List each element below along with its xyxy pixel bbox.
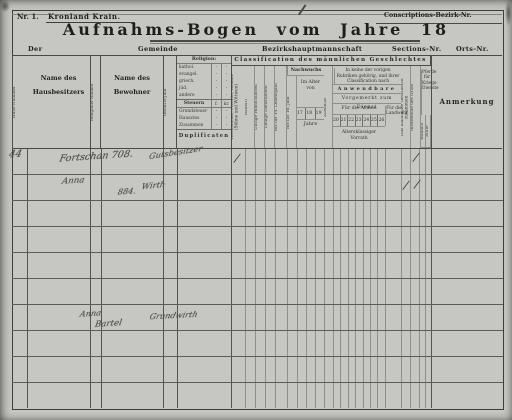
landwehr-label: Für die Landwehr [385, 106, 402, 126]
value-dash: - [221, 64, 231, 71]
value-dash: - [211, 92, 221, 99]
value-dash: - [221, 115, 231, 122]
class-col-dienstboten: Ledige Dienstboten [265, 66, 275, 148]
year-18: 18 [305, 108, 314, 119]
year-26: 26 [377, 115, 385, 126]
year-25: 25 [370, 115, 378, 126]
scan-blemish [0, 0, 10, 12]
armee-label: Für die Armee [333, 104, 385, 115]
value-dash: - [221, 108, 231, 115]
vorgemerkt-label: Vorgemerkt zum Dienst [333, 94, 401, 104]
classification-title: Classification des männlichen Geschlecht… [231, 56, 431, 66]
year-24: 24 [362, 115, 370, 126]
religion-row: kathol. [177, 64, 211, 71]
col-birthyear-label: Geburts-Jahr [163, 56, 177, 148]
handwritten-house-number: 44 [8, 149, 23, 161]
value-dash: - [211, 78, 221, 85]
summary-tax-title: Steuern [177, 100, 211, 107]
im-alter-von-label: Im Alter von [297, 80, 324, 91]
scanned-conscription-form: Nr. 1. Kronland Krain. Conscriptions-Bez… [0, 0, 512, 420]
tax-row: Hauszins [177, 115, 211, 122]
year-17: 17 [297, 108, 305, 119]
col-religion-label: Religions-Namen [90, 56, 101, 148]
col-owner-label: Name des Hausbesitzers [27, 72, 90, 99]
class-col-bauern: Bauern [245, 66, 255, 148]
orts-number-label: Orts-Nr. [456, 45, 489, 53]
year-21: 21 [340, 115, 348, 126]
religion-row: evangel. [177, 71, 211, 78]
tax-col-florin: f. [211, 100, 221, 107]
class-col-honoratioren: Übrige Honoratioren [255, 66, 265, 148]
tax-col-kreuzer: kr. [221, 100, 231, 107]
value-dash: - [211, 85, 221, 92]
handwritten-owner-row2: Anna [61, 175, 85, 187]
religion-row: andere [177, 92, 211, 99]
value-dash: - [221, 85, 231, 92]
nachwuchs-years: 17 18 19 [297, 107, 324, 120]
summary-box: Religion: kathol.-- evangel.-- griech.--… [177, 56, 232, 148]
value-dash: - [221, 78, 231, 85]
year-20: 20 [333, 115, 340, 126]
col-remark-label: Anmerkung [431, 56, 502, 148]
value-dash: - [211, 64, 221, 71]
hauptmannschaft-label: Bezirkshauptmannschaft [262, 45, 362, 53]
col-house-number-label: Haus-Nummer [12, 56, 27, 148]
handwritten-owner-row6-line1: Anna [79, 308, 102, 318]
value-dash: - [211, 122, 221, 129]
class-col-verehelichte: Verehelichte, Priester, Beamte (Söhne un… [231, 66, 245, 148]
absent-label: Abwesende des Ortes [411, 66, 421, 148]
zuwachs-label: Zuwachs [324, 66, 333, 148]
title-underline-2 [150, 43, 420, 44]
jahre-label: Jahre [297, 121, 324, 127]
title-underline [150, 40, 420, 42]
der-label: Der [28, 45, 42, 53]
value-dash: - [211, 108, 221, 115]
value-dash: - [221, 71, 231, 78]
value-dash: - [211, 115, 221, 122]
summary-religion-title: Religion: [177, 56, 231, 64]
religion-row: griech. [177, 78, 211, 85]
vorrath-label: Altersklassiger Vorrath [333, 130, 385, 141]
nachwuchs-label: Nachwuchs [287, 66, 324, 76]
armee-years: 20 21 22 23 24 25 26 [333, 115, 385, 127]
handwritten-birthyear-row2: 884. [117, 186, 137, 196]
year-23: 23 [355, 115, 363, 126]
male-total-label: Das männliche Geschlecht zusammen [401, 66, 411, 148]
tax-row: Zusammen [177, 122, 211, 129]
tax-row: Grundsteuer [177, 108, 211, 115]
value-dash: - [211, 71, 221, 78]
class-col-bis14: Bis ins 14. Lebensjahr [275, 66, 287, 148]
anwendbare-label: Anwendbare [333, 84, 401, 94]
summary-footer: Duplificaten [177, 130, 231, 142]
rubriken-note: In keine der vorigen Rubriken gehörig, u… [334, 68, 401, 85]
col-resident-label: Name des Bewohner [101, 72, 163, 99]
conscription-district-label: Conscriptions-Bezirk-Nr. [384, 12, 472, 19]
table-body-grid [12, 149, 503, 408]
year-19: 19 [315, 108, 324, 119]
value-dash: - [221, 122, 231, 129]
religion-row: jüd. [177, 85, 211, 92]
sections-number-label: Sections-Nr. [392, 45, 442, 53]
handwritten-owner-row6-line2: Bartel [94, 318, 123, 330]
nachwuchs-vert-label: Bis ins 16. Jahr [287, 76, 297, 148]
year-22: 22 [347, 115, 355, 126]
page-title: Aufnahms-Bogen vom Jahre 18 [0, 20, 512, 39]
value-dash: - [221, 92, 231, 99]
gemeinde-label: Gemeinde [138, 45, 178, 53]
